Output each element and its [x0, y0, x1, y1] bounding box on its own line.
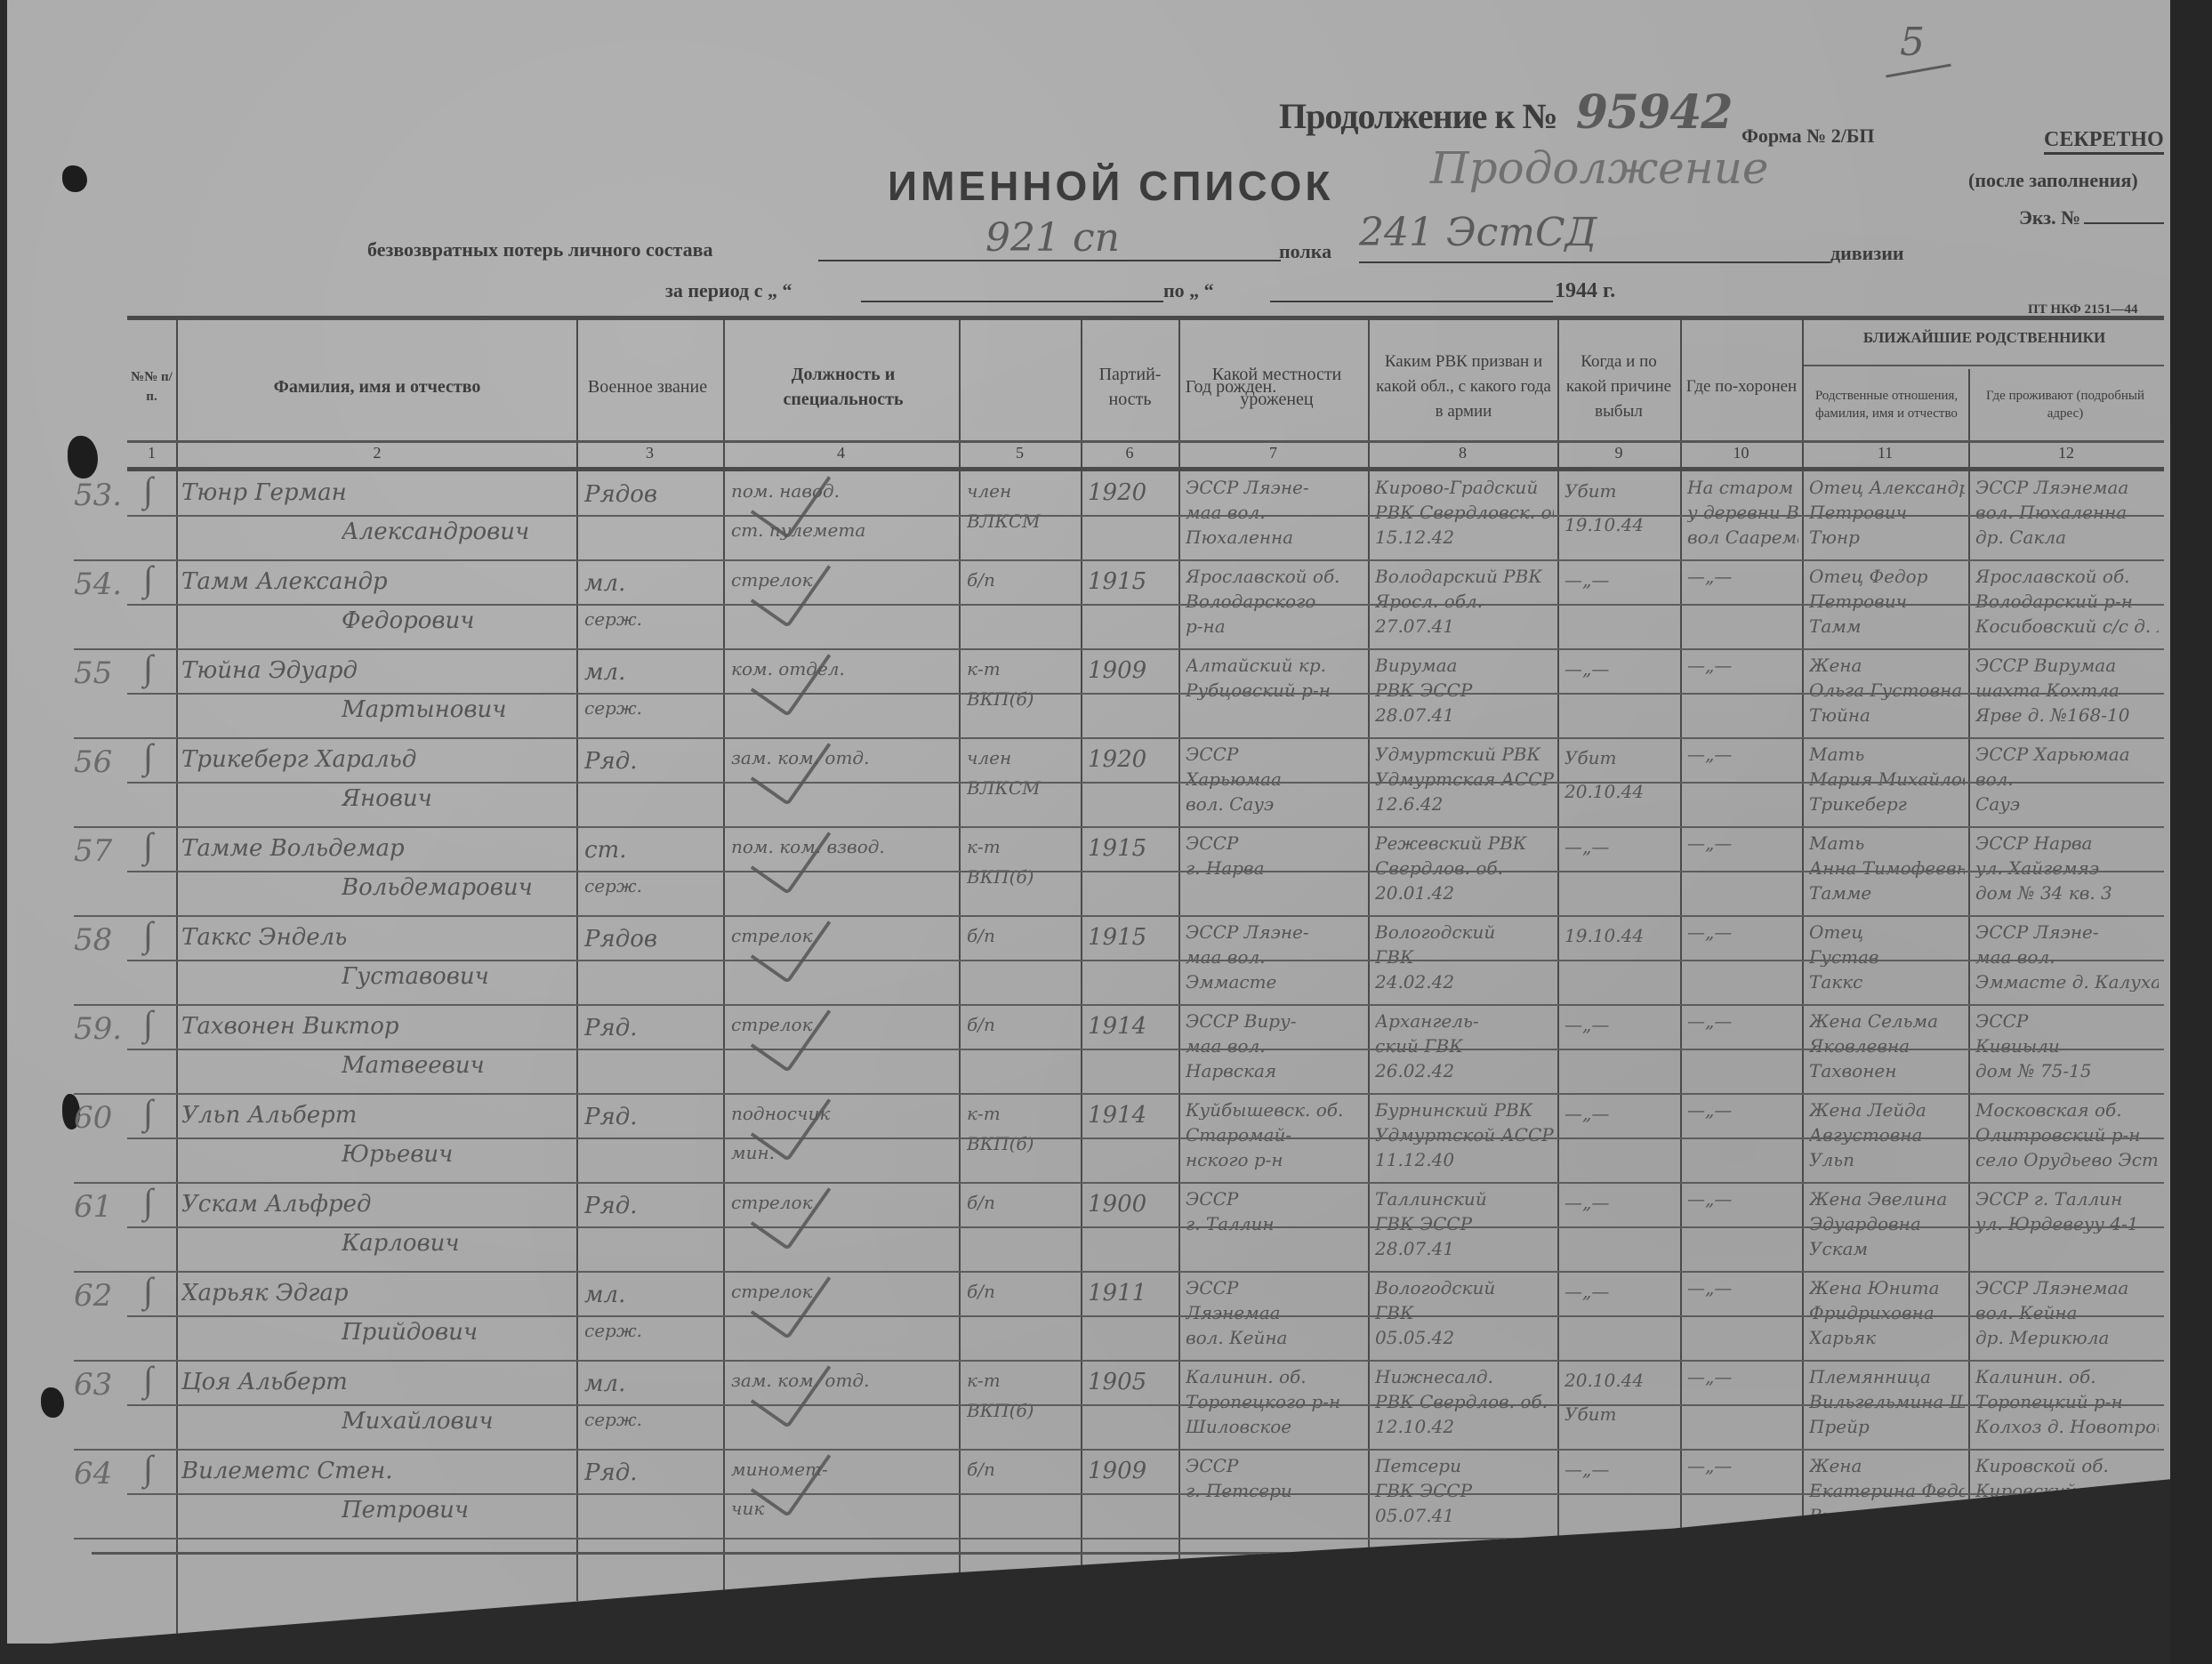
- col-num-11: 11: [1802, 444, 1968, 462]
- draft-office-line2: Удмуртской АССР: [1375, 1125, 1554, 1145]
- page-number: 5: [1900, 20, 1925, 65]
- patronymic: Вольдемарович: [342, 874, 573, 901]
- relative-address-line2: Кивиыли: [1975, 1036, 2159, 1056]
- relative-address-line2: вол. Кейна: [1975, 1303, 2159, 1322]
- classification-note: (после заполнения): [1968, 169, 2138, 192]
- draft-date: 20.01.42: [1375, 883, 1554, 903]
- header-col-10: Где по-хоронен: [1684, 334, 1799, 440]
- row-number: 58: [74, 922, 112, 958]
- row-midline: [127, 693, 2164, 695]
- birthplace-line2: г. Нарва: [1186, 858, 1364, 878]
- relative-surname: Тахвонен: [1809, 1061, 1965, 1081]
- header-col-7: Какой местности уроженец: [1186, 334, 1368, 440]
- copy-number-label: Экз. №: [2019, 206, 2164, 229]
- row-midline: [127, 1493, 2164, 1495]
- draft-office-line2: Удмуртская АССР: [1375, 769, 1554, 789]
- birthplace-line2: Володарского: [1186, 591, 1364, 611]
- row-midline: [127, 604, 2164, 606]
- birthplace-line3: р-на: [1186, 616, 1364, 636]
- draft-office: Вологодский: [1375, 922, 1554, 942]
- relative-address: ЭССР Нарва: [1975, 833, 2159, 853]
- draft-date: 26.02.42: [1375, 1061, 1554, 1081]
- relative-address: Калинин. об.: [1975, 1367, 2159, 1387]
- punch-hole: [41, 1387, 64, 1418]
- relative-address-line2: вол.: [1975, 769, 2159, 789]
- relatives-group-rule: [1804, 365, 2164, 366]
- birthplace: ЭССР: [1186, 1456, 1364, 1475]
- col-num-4: 4: [723, 444, 959, 462]
- draft-office-line2: ГВК: [1375, 1303, 1554, 1322]
- relative-address: Кировской об.: [1975, 1456, 2159, 1475]
- row-midline: [127, 960, 2164, 961]
- row-number: 53.: [74, 478, 122, 513]
- row-bottomline: [74, 648, 2164, 650]
- birthplace-line2: Торопецкого р-н: [1186, 1392, 1364, 1411]
- military-rank-line2: серж.: [584, 876, 720, 896]
- birthplace-line2: Ляэнемаа: [1186, 1303, 1364, 1322]
- row-number: 62: [74, 1278, 112, 1314]
- military-rank: мл.: [584, 659, 720, 686]
- birth-year: 1905: [1088, 1369, 1175, 1395]
- header-bottom-rule: [127, 467, 2164, 471]
- relative-relation: Жена: [1809, 1456, 1965, 1475]
- column-divider: [176, 320, 178, 1636]
- relative-surname: Харьяк: [1809, 1328, 1965, 1347]
- col-num-7: 7: [1178, 444, 1368, 462]
- dropout-reason: 19.10.44: [1564, 926, 1677, 945]
- tick-mark-icon: ∫: [143, 647, 153, 688]
- birthplace: ЭССР: [1186, 1189, 1364, 1209]
- relative-name: Эдуардовна: [1809, 1214, 1965, 1234]
- tick-mark-icon: ∫: [143, 736, 153, 777]
- draft-office-line2: РВК Свердловск. об.: [1375, 502, 1554, 522]
- continuation-note: Продолжение: [1430, 142, 1769, 194]
- row-number: 54.: [74, 567, 122, 602]
- col-num-2: 2: [178, 444, 576, 462]
- patronymic: Михайлович: [342, 1408, 573, 1435]
- relative-relation: Жена Лейда: [1809, 1100, 1965, 1120]
- patronymic: Карлович: [342, 1230, 573, 1257]
- col-num-8: 8: [1368, 444, 1557, 462]
- header-col-4: Должность и специальность: [741, 334, 945, 440]
- relative-address-line2: ул. Юрдевеуу 4-1: [1975, 1214, 2159, 1234]
- military-rank-line2: серж.: [584, 609, 720, 629]
- military-rank: Ряд.: [584, 1193, 720, 1219]
- table-bottom-rule: [92, 1552, 2164, 1555]
- relative-surname: Вилеметс: [1809, 1506, 1965, 1525]
- birth-year: 1920: [1088, 479, 1175, 506]
- relative-address: Московская об.: [1975, 1100, 2159, 1120]
- col-num-6: 6: [1081, 444, 1178, 462]
- tick-mark-icon: ∫: [143, 1269, 153, 1311]
- relative-surname: Тамме: [1809, 883, 1965, 903]
- military-rank-line2: серж.: [584, 1321, 720, 1340]
- draft-date: 05.07.41: [1375, 1506, 1554, 1525]
- draft-office: Режевский РВК: [1375, 833, 1554, 853]
- party-membership: б/п: [967, 1459, 1075, 1479]
- column-divider: [1968, 369, 1970, 1601]
- row-midline: [127, 1137, 2164, 1139]
- dropout-reason: —„—: [1564, 837, 1677, 856]
- col-num-10: 10: [1680, 444, 1802, 462]
- burial-place: —„—: [1687, 655, 1798, 675]
- period-to-line: [1270, 301, 1553, 302]
- draft-office: Нижнесалд.: [1375, 1367, 1554, 1387]
- relative-address-line3: Ярве д. №168-10: [1975, 705, 2159, 725]
- relative-address: ЭССР Вирумаа: [1975, 655, 2159, 675]
- row-bottomline: [74, 1449, 2164, 1451]
- dropout-reason: —„—: [1564, 1015, 1677, 1034]
- row-bottomline: [74, 559, 2164, 561]
- draft-office-line2: ГВК: [1375, 947, 1554, 967]
- military-rank: Рядов: [584, 926, 720, 953]
- row-midline: [127, 1315, 2164, 1317]
- row-number: 63: [74, 1367, 112, 1403]
- relative-name: Ольга Густовна: [1809, 680, 1965, 700]
- period-from-line: [861, 301, 1163, 302]
- draft-office: Архангель-: [1375, 1011, 1554, 1031]
- burial-place-line3: вол Сааремаа ЭССР: [1687, 527, 1798, 547]
- relative-relation: Жена Эвелина: [1809, 1189, 1965, 1209]
- period-to: по „ “: [1163, 279, 1214, 302]
- birth-year: 1920: [1088, 746, 1175, 773]
- row-bottomline: [74, 1360, 2164, 1362]
- burial-place: —„—: [1687, 833, 1798, 853]
- draft-date: 28.07.41: [1375, 705, 1554, 725]
- relative-surname: Таккс: [1809, 972, 1965, 992]
- row-number: 57: [74, 833, 112, 869]
- draft-date: 11.12.40: [1375, 1150, 1554, 1170]
- scan-edge: [2170, 0, 2212, 1664]
- relative-address-line2: шахта Кохтла: [1975, 680, 2159, 700]
- relative-address-line2: вол. Пюхаленна: [1975, 502, 2159, 522]
- row-bottomline: [74, 826, 2164, 828]
- tick-mark-icon: ∫: [143, 1447, 153, 1489]
- row-bottomline: [74, 1093, 2164, 1095]
- draft-date: 05.05.42: [1375, 1328, 1554, 1347]
- row-midline: [127, 1404, 2164, 1406]
- birth-year: 1909: [1088, 657, 1175, 684]
- surname-given-name: Харьяк Эдгар: [181, 1280, 573, 1306]
- relative-relation: Жена: [1809, 655, 1965, 675]
- patronymic: Матвеевич: [342, 1052, 573, 1079]
- patronymic: Юрьевич: [342, 1141, 573, 1168]
- military-rank: ст.: [584, 837, 720, 864]
- relative-surname: Ульп: [1809, 1150, 1965, 1170]
- row-number: 59.: [74, 1011, 122, 1047]
- row-midline: [127, 782, 2164, 784]
- relative-address: ЭССР: [1975, 1011, 2159, 1031]
- relative-name: Густав: [1809, 947, 1965, 967]
- header-relatives-group: БЛИЖАЙШИЕ РОДСТВЕННИКИ: [1805, 316, 2164, 360]
- row-bottomline: [74, 1182, 2164, 1184]
- relative-address: ЭССР Ляэнемаа: [1975, 478, 2159, 497]
- row-bottomline: [74, 737, 2164, 739]
- party-membership: к-т: [967, 1371, 1075, 1390]
- birthplace-line3: Пюхаленна: [1186, 527, 1364, 547]
- patronymic: Александрович: [342, 518, 573, 545]
- relative-address: Ярославской об.: [1975, 567, 2159, 586]
- relative-surname: Трикеберг: [1809, 794, 1965, 814]
- burial-place: —„—: [1687, 1189, 1798, 1209]
- military-rank: Ряд.: [584, 1104, 720, 1130]
- birthplace-line2: Старомай-: [1186, 1125, 1364, 1145]
- tick-mark-icon: ∫: [143, 824, 153, 866]
- surname-given-name: Тюнр Герман: [181, 479, 573, 506]
- relative-relation: Отец Александр: [1809, 478, 1965, 497]
- surname-given-name: Тамм Александр: [181, 568, 573, 595]
- military-rank: мл.: [584, 1371, 720, 1397]
- draft-office: Володарский РВК: [1375, 567, 1554, 586]
- draft-office: Вирумаа: [1375, 655, 1554, 675]
- row-number: 61: [74, 1189, 112, 1225]
- stamp-text: Продолжение к №: [1279, 96, 1557, 136]
- burial-place: На старом кладбище: [1687, 478, 1798, 497]
- dropout-date: 19.10.44: [1564, 515, 1677, 535]
- period-year: 1944 г.: [1555, 279, 1615, 303]
- header-col-12: Где проживают (подробный адрес): [1972, 369, 2159, 440]
- burial-place: —„—: [1687, 922, 1798, 942]
- party-membership: б/п: [967, 1193, 1075, 1212]
- draft-office: Бурнинский РВК: [1375, 1100, 1554, 1120]
- draft-office-line2: ский ГВК: [1375, 1036, 1554, 1056]
- birth-year: 1914: [1088, 1013, 1175, 1040]
- surname-given-name: Тамме Вольдемар: [181, 835, 573, 862]
- tick-mark-icon: ∫: [143, 1091, 153, 1133]
- header-col-9: Когда и по какой причине выбыл: [1561, 334, 1677, 440]
- birth-year: 1915: [1088, 568, 1175, 595]
- dropout-reason: —„—: [1564, 570, 1677, 590]
- birth-year: 1909: [1088, 1458, 1175, 1484]
- draft-office: Таллинский: [1375, 1189, 1554, 1209]
- military-rank-line2: серж.: [584, 1410, 720, 1429]
- draft-office-line2: Яросл. обл.: [1375, 591, 1554, 611]
- draft-date: 12.10.42: [1375, 1417, 1554, 1436]
- burial-place: —„—: [1687, 1011, 1798, 1031]
- unit-handwritten: 921 сп: [985, 215, 1120, 261]
- relative-name: Мария Михайловна: [1809, 769, 1965, 789]
- surname-given-name: Вилеметс Стен.: [181, 1458, 573, 1484]
- surname-given-name: Таккс Эндель: [181, 924, 573, 951]
- tick-mark-icon: ∫: [143, 1180, 153, 1222]
- row-midline: [127, 1226, 2164, 1228]
- col-num-5: 5: [959, 444, 1081, 462]
- relative-address-line3: Эммасте д. Калуха: [1975, 972, 2159, 992]
- burial-place: —„—: [1687, 567, 1798, 586]
- header-col-11: Родственные отношения, фамилия, имя и от…: [1806, 369, 1967, 440]
- relative-relation: Жена Сельма: [1809, 1011, 1965, 1031]
- col-num-12: 12: [1968, 444, 2164, 462]
- dropout-reason: Убит: [1564, 481, 1677, 501]
- party-membership: член: [967, 481, 1075, 501]
- birth-year: 1914: [1088, 1102, 1175, 1129]
- document-sheet: 5 Продолжение к № 95942 Форма № 2/БП СЕК…: [7, 0, 2170, 1644]
- burial-place: —„—: [1687, 1278, 1798, 1298]
- burial-place: —„—: [1687, 1100, 1798, 1120]
- birthplace: Калинин. об.: [1186, 1367, 1364, 1387]
- birthplace-line2: г. Петсери: [1186, 1481, 1364, 1500]
- row-midline: [127, 1049, 2164, 1050]
- relative-address-line2: Кировский р-н: [1975, 1481, 2159, 1500]
- row-bottomline: [74, 1538, 2164, 1539]
- military-rank: Ряд.: [584, 1015, 720, 1041]
- dropout-reason: Убит: [1564, 748, 1677, 768]
- birthplace-line3: Эммасте: [1186, 972, 1364, 992]
- dropout-reason: —„—: [1564, 1193, 1677, 1212]
- military-rank: Ряд.: [584, 748, 720, 775]
- relative-surname: Прейр: [1809, 1417, 1965, 1436]
- relative-address-line2: ул. Хайгемяэ: [1975, 858, 2159, 878]
- birthplace-line2: Харьюмаа: [1186, 769, 1364, 789]
- relative-address-line2: Олитровский р-н: [1975, 1125, 2159, 1145]
- row-number: 55: [74, 655, 112, 691]
- row-bottomline: [74, 1004, 2164, 1006]
- header-col-2: Фамилия, имя и отчество: [178, 334, 576, 440]
- stamp-number: 95942: [1576, 85, 1733, 140]
- draft-office-line2: РВК ЭССР: [1375, 680, 1554, 700]
- military-rank: мл.: [584, 1282, 720, 1308]
- party-membership: член: [967, 748, 1075, 768]
- relative-address: ЭССР Ляэне-: [1975, 922, 2159, 942]
- draft-office-line2: ГВК ЭССР: [1375, 1481, 1554, 1500]
- relative-address: ЭССР Харьюмаа: [1975, 744, 2159, 764]
- birth-year: 1915: [1088, 924, 1175, 951]
- burial-place: —„—: [1687, 1367, 1798, 1387]
- military-rank: мл.: [584, 570, 720, 597]
- classification-label: СЕКРЕТНО: [2044, 128, 2164, 155]
- continuation-stamp: Продолжение к № 95942: [1279, 85, 1733, 140]
- tick-mark-icon: ∫: [143, 913, 153, 955]
- party-membership: к-т: [967, 659, 1075, 679]
- burial-place: —„—: [1687, 744, 1798, 764]
- birth-year: 1911: [1088, 1280, 1175, 1306]
- party-membership: к-т: [967, 1104, 1075, 1123]
- row-number: 56: [74, 744, 112, 780]
- relative-address-line2: Володарский р-н: [1975, 591, 2159, 611]
- row-number: 64: [74, 1456, 112, 1491]
- relative-address-line3: Бегинский с/с: [1975, 1506, 2159, 1525]
- tick-mark-icon: ∫: [143, 558, 153, 599]
- military-rank: Ряд.: [584, 1459, 720, 1486]
- relative-relation: Отец Федор: [1809, 567, 1965, 586]
- birthplace: ЭССР Ляэне-: [1186, 922, 1364, 942]
- relative-address-line3: село Орудьево Эст. промкомб. 3: [1975, 1150, 2159, 1170]
- draft-date: 15.12.42: [1375, 527, 1554, 547]
- dropout-reason: —„—: [1564, 1104, 1677, 1123]
- header-col-8: Каким РВК призван и какой обл., с какого…: [1372, 334, 1555, 440]
- tick-mark-icon: ∫: [143, 1358, 153, 1400]
- party-membership: к-т: [967, 837, 1075, 856]
- relative-name: Фридриховна: [1809, 1303, 1965, 1322]
- draft-date: 28.07.41: [1375, 1239, 1554, 1258]
- relative-surname: Тюйна: [1809, 705, 1965, 725]
- birthplace: ЭССР: [1186, 833, 1364, 853]
- row-bottomline: [74, 915, 2164, 917]
- military-rank: Рядов: [584, 481, 720, 508]
- relative-address: ЭССР г. Таллин: [1975, 1189, 2159, 1209]
- relative-surname: Ускам: [1809, 1239, 1965, 1258]
- military-rank-line2: серж.: [584, 698, 720, 718]
- birthplace-line2: маа вол.: [1186, 1036, 1364, 1056]
- birth-year: 1915: [1088, 835, 1175, 862]
- col-num-1: 1: [127, 444, 176, 462]
- relative-name: Петрович: [1809, 591, 1965, 611]
- birthplace-line3: нского р-н: [1186, 1150, 1364, 1170]
- draft-office: Вологодский: [1375, 1278, 1554, 1298]
- surname-given-name: Тахвонен Виктор: [181, 1013, 573, 1040]
- party-membership: б/п: [967, 1015, 1075, 1034]
- relative-address-line3: Сауэ: [1975, 794, 2159, 814]
- surname-given-name: Ускам Альфред: [181, 1191, 573, 1218]
- relative-relation: Жена Юнита: [1809, 1278, 1965, 1298]
- birthplace-line3: Нарвская: [1186, 1061, 1364, 1081]
- burial-place: —„—: [1687, 1456, 1798, 1475]
- birthplace-line2: Рубцовский р-н: [1186, 680, 1364, 700]
- relative-name: Яковлевна: [1809, 1036, 1965, 1056]
- dropout-date: Убит: [1564, 1404, 1677, 1424]
- birthplace: ЭССР: [1186, 744, 1364, 764]
- relative-relation: Мать: [1809, 833, 1965, 853]
- draft-office: Петсери: [1375, 1456, 1554, 1475]
- surname-given-name: Трикеберг Харальд: [181, 746, 573, 773]
- dropout-reason: 20.10.44: [1564, 1371, 1677, 1390]
- row-midline: [127, 515, 2164, 517]
- division-label: дивизии: [1830, 242, 1904, 265]
- dropout-reason: —„—: [1564, 659, 1677, 679]
- row-midline: [127, 871, 2164, 872]
- relative-relation: Отец: [1809, 922, 1965, 942]
- relative-relation: Племянница: [1809, 1367, 1965, 1387]
- burial-place-line2: у деревни Вальгука: [1687, 502, 1798, 522]
- relative-relation: Мать: [1809, 744, 1965, 764]
- relative-address: ЭССР Ляэнемаа: [1975, 1278, 2159, 1298]
- subtitle-prefix: безвозвратных потерь личного состава: [367, 238, 712, 261]
- birthplace-line3: вол. Сауэ: [1186, 794, 1364, 814]
- patronymic: Густавович: [342, 963, 573, 990]
- patronymic: Прийдович: [342, 1319, 573, 1346]
- draft-office: Удмуртский РВК: [1375, 744, 1554, 764]
- relative-address-line3: дом № 34 кв. 3: [1975, 883, 2159, 903]
- relative-address-line2: маа вол.: [1975, 947, 2159, 967]
- relative-name: Вильгельмина Шеповна: [1809, 1392, 1965, 1411]
- party-membership: б/п: [967, 1282, 1075, 1301]
- patronymic: Федорович: [342, 607, 573, 634]
- division-fill-line: [1359, 261, 1830, 263]
- birthplace-line2: г. Таллин: [1186, 1214, 1364, 1234]
- tick-mark-icon: ∫: [143, 1002, 153, 1044]
- draft-date: 12.6.42: [1375, 794, 1554, 814]
- birthplace: Куйбышевск. об.: [1186, 1100, 1364, 1120]
- surname-given-name: Цоя Альберт: [181, 1369, 573, 1395]
- draft-office-line2: Свердлов. об.: [1375, 858, 1554, 878]
- draft-office-line2: РВК Свердлов. об.: [1375, 1392, 1554, 1411]
- birthplace-line3: Шиловское: [1186, 1417, 1364, 1436]
- relative-surname: Тюнр: [1809, 527, 1965, 547]
- punch-hole: [62, 165, 87, 192]
- col-num-9: 9: [1557, 444, 1680, 462]
- draft-office-line2: ГВК ЭССР: [1375, 1214, 1554, 1234]
- relative-name: Екатерина Федоровна: [1809, 1481, 1965, 1500]
- col-num-3: 3: [576, 444, 723, 462]
- birthplace-line2: маа вол.: [1186, 947, 1364, 967]
- surname-given-name: Тюйна Эдуард: [181, 657, 573, 684]
- birth-year: 1900: [1088, 1191, 1175, 1218]
- relative-address-line3: Колхоз д. Новотроицк: [1975, 1417, 2159, 1436]
- draft-date: 24.02.42: [1375, 972, 1554, 992]
- birthplace: ЭССР Ляэне-: [1186, 478, 1364, 497]
- surname-given-name: Ульп Альберт: [181, 1102, 573, 1129]
- birthplace: ЭССР Виру-: [1186, 1011, 1364, 1031]
